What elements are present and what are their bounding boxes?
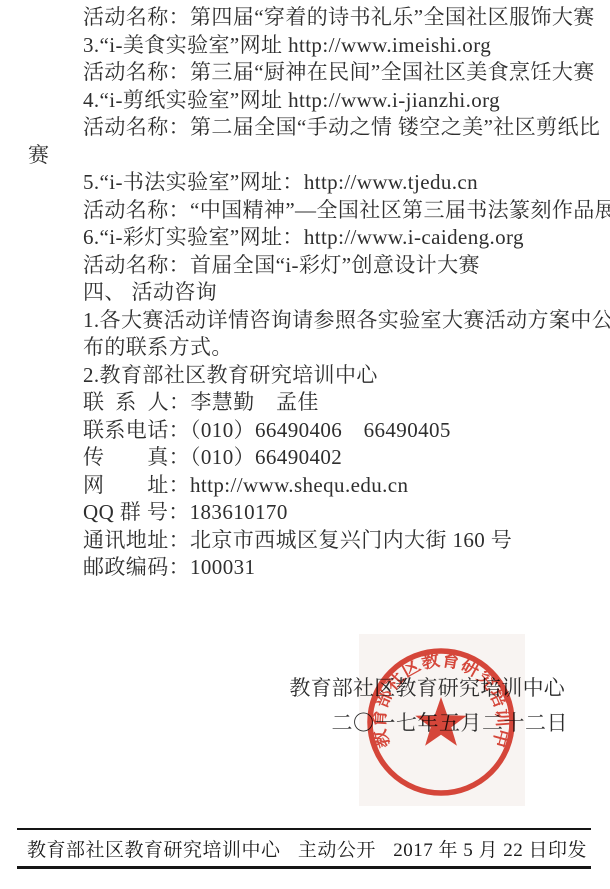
text-line: 活动名称：“中国精神”—全国社区第三届书法篆刻作品展 xyxy=(28,197,596,225)
text-line: 布的联系方式。 xyxy=(28,334,596,362)
contact-phone-line: 联系电话：（010）66490406 66490405 xyxy=(28,417,596,445)
text-line: 活动名称：首届全国“i-彩灯”创意设计大赛 xyxy=(28,252,596,280)
text-line: 赛 xyxy=(28,142,596,170)
contact-address-line: 通讯地址：北京市西城区复兴门内大街 160 号 xyxy=(28,527,596,555)
footer-row: 教育部社区教育研究培训中心 主动公开 2017 年 5 月 22 日印发 xyxy=(17,830,591,869)
text-line: 6.“i-彩灯实验室”网址：http://www.i-caideng.org xyxy=(28,224,596,252)
text-line: 活动名称：第四届“穿着的诗书礼乐”全国社区服饰大赛 xyxy=(28,4,596,32)
footer-disclosure: 主动公开 xyxy=(298,835,376,862)
official-seal: 教育部社区教育研究培训中心 xyxy=(363,644,519,800)
contact-website-line: 网 址：http://www.shequ.edu.cn xyxy=(28,472,596,500)
section-heading: 四、 活动咨询 xyxy=(28,279,596,307)
footer-print-date: 2017 年 5 月 22 日印发 xyxy=(393,835,587,862)
contact-person-line: 联 系 人：李慧勤 孟佳 xyxy=(28,389,596,417)
contact-fax-line: 传 真：（010）66490402 xyxy=(28,444,596,472)
document-page: 活动名称：第四届“穿着的诗书礼乐”全国社区服饰大赛 3.“i-美食实验室”网址 … xyxy=(0,0,610,889)
text-line: 3.“i-美食实验室”网址 http://www.imeishi.org xyxy=(28,32,596,60)
text-line: 活动名称：第三届“厨神在民间”全国社区美食烹饪大赛 xyxy=(28,59,596,87)
text-line: 1.各大赛活动详情咨询请参照各实验室大赛活动方案中公 xyxy=(28,307,596,335)
seal-star-icon xyxy=(415,697,466,746)
contact-qq-line: QQ 群 号：183610170 xyxy=(28,499,596,527)
text-line: 4.“i-剪纸实验室”网址 http://www.i-jianzhi.org xyxy=(28,87,596,115)
document-body: 活动名称：第四届“穿着的诗书礼乐”全国社区服饰大赛 3.“i-美食实验室”网址 … xyxy=(28,4,596,582)
text-line: 2.教育部社区教育研究培训中心 xyxy=(28,362,596,390)
text-line: 活动名称：第二届全国“手动之情 镂空之美”社区剪纸比 xyxy=(28,114,596,142)
contact-postcode-line: 邮政编码：100031 xyxy=(28,554,596,582)
text-line: 5.“i-书法实验室”网址：http://www.tjedu.cn xyxy=(28,169,596,197)
footer-colophon: 教育部社区教育研究培训中心 主动公开 2017 年 5 月 22 日印发 xyxy=(17,828,591,869)
footer-issuer: 教育部社区教育研究培训中心 xyxy=(27,835,281,862)
